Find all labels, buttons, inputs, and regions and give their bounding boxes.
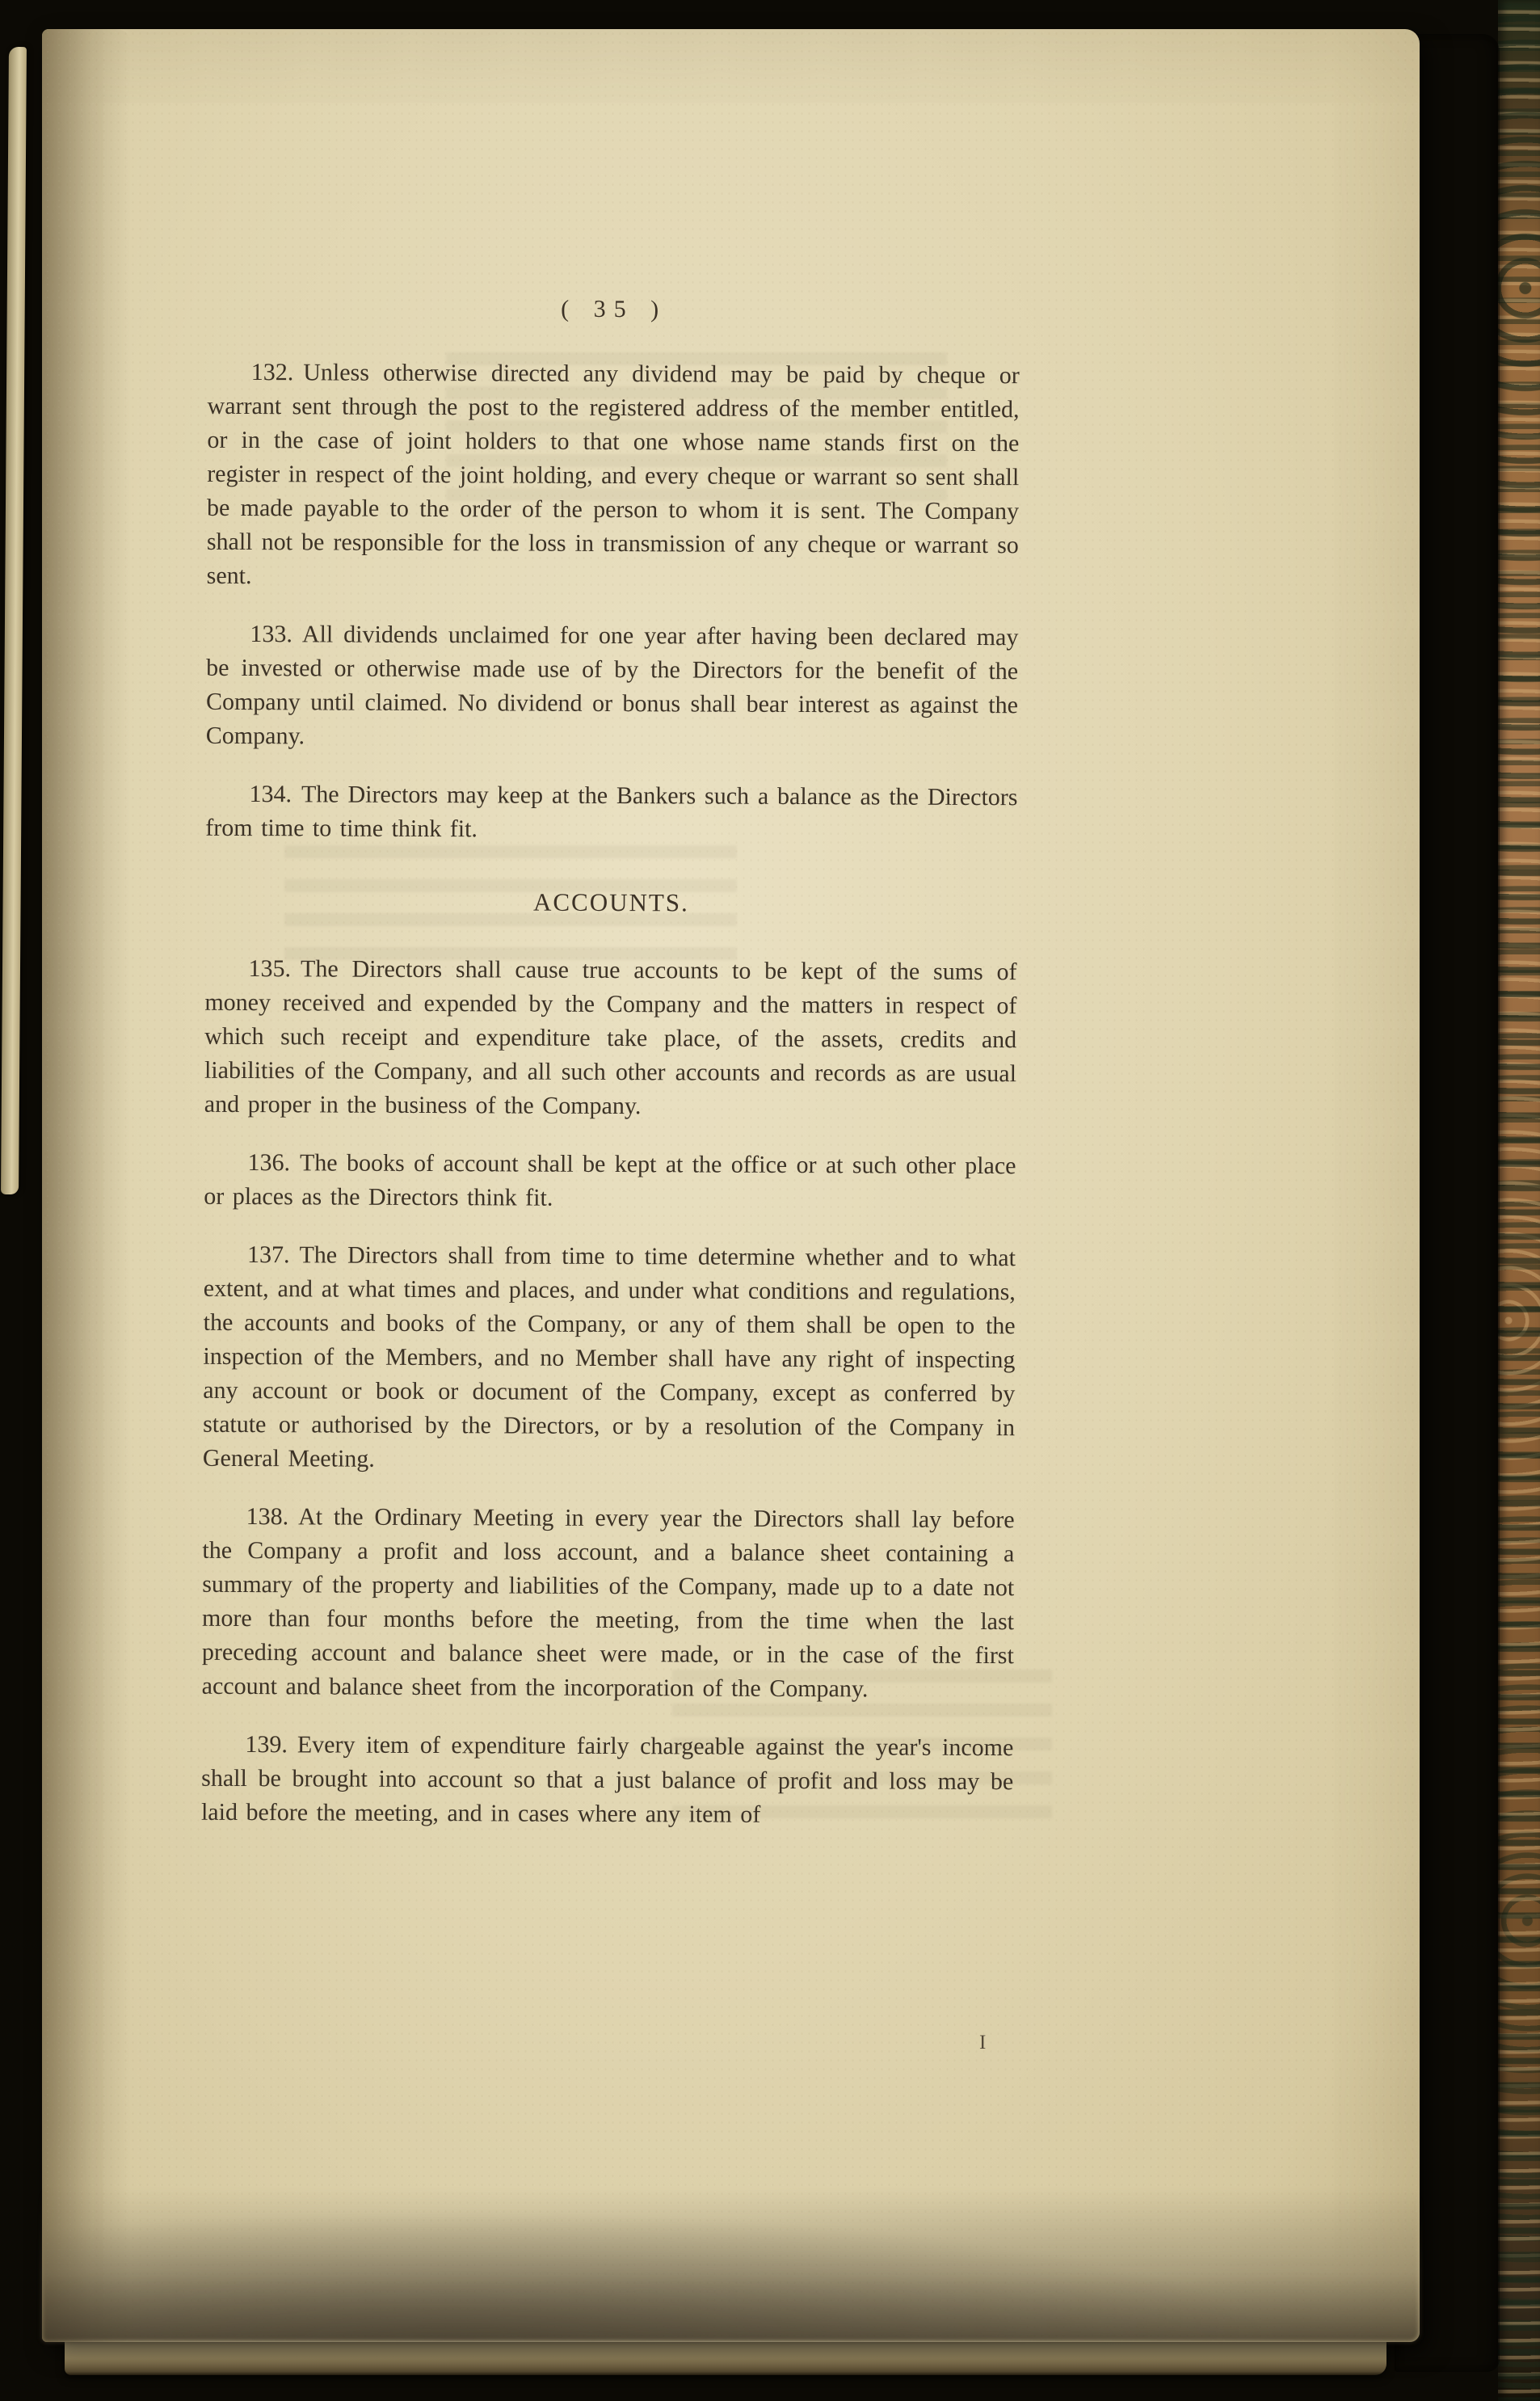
article-number: 134. (249, 781, 292, 807)
article-text: The Directors shall from time to time de… (203, 1241, 1016, 1472)
article-number: 132. (251, 359, 294, 385)
article-text: All dividends unclaimed for one year aft… (206, 621, 1019, 749)
article-text: Every item of expenditure fairly chargea… (201, 1731, 1014, 1828)
article-number: 136. (247, 1149, 290, 1176)
page-text-block: ( 35 ) 132.Unless otherwise directed any… (201, 291, 1020, 1857)
article-text: Unless otherwise directed any dividend m… (207, 359, 1020, 589)
section-heading-accounts: ACCOUNTS. (205, 884, 1017, 921)
article-text: At the Ordinary Meeting in every year th… (202, 1503, 1015, 1702)
page-number: ( 35 ) (208, 291, 1020, 328)
article-number: 138. (246, 1503, 289, 1530)
article-138: 138.At the Ordinary Meeting in every yea… (202, 1500, 1015, 1707)
opposite-page-edge (1, 47, 27, 1194)
article-139: 139.Every item of expenditure fairly cha… (201, 1728, 1014, 1833)
printers-signature-mark: I (979, 2032, 986, 2054)
book-scan: ( 35 ) 132.Unless otherwise directed any… (0, 0, 1540, 2401)
article-136: 136.The books of account shall be kept a… (204, 1146, 1016, 1217)
article-number: 135. (248, 955, 291, 982)
article-text: The books of account shall be kept at th… (204, 1149, 1016, 1211)
article-number: 139. (245, 1731, 288, 1758)
article-134: 134.The Directors may keep at the Banker… (205, 777, 1017, 849)
article-text: The Directors shall cause true accounts … (204, 955, 1017, 1119)
scanned-page: ( 35 ) 132.Unless otherwise directed any… (42, 29, 1420, 2342)
article-135: 135.The Directors shall cause true accou… (204, 952, 1017, 1125)
bottom-stain (42, 2188, 1420, 2342)
book-cover-marbled-edge (1498, 0, 1540, 2401)
page-edges-stack-bottom (65, 2338, 1386, 2375)
article-132: 132.Unless otherwise directed any divide… (207, 356, 1020, 596)
binding-gutter-shadow (42, 29, 131, 2342)
article-number: 137. (247, 1241, 290, 1268)
article-text: The Directors may keep at the Bankers su… (205, 781, 1017, 842)
article-133: 133.All dividends unclaimed for one year… (206, 617, 1019, 756)
article-137: 137.The Directors shall from time to tim… (203, 1238, 1016, 1479)
article-number: 133. (250, 621, 292, 647)
